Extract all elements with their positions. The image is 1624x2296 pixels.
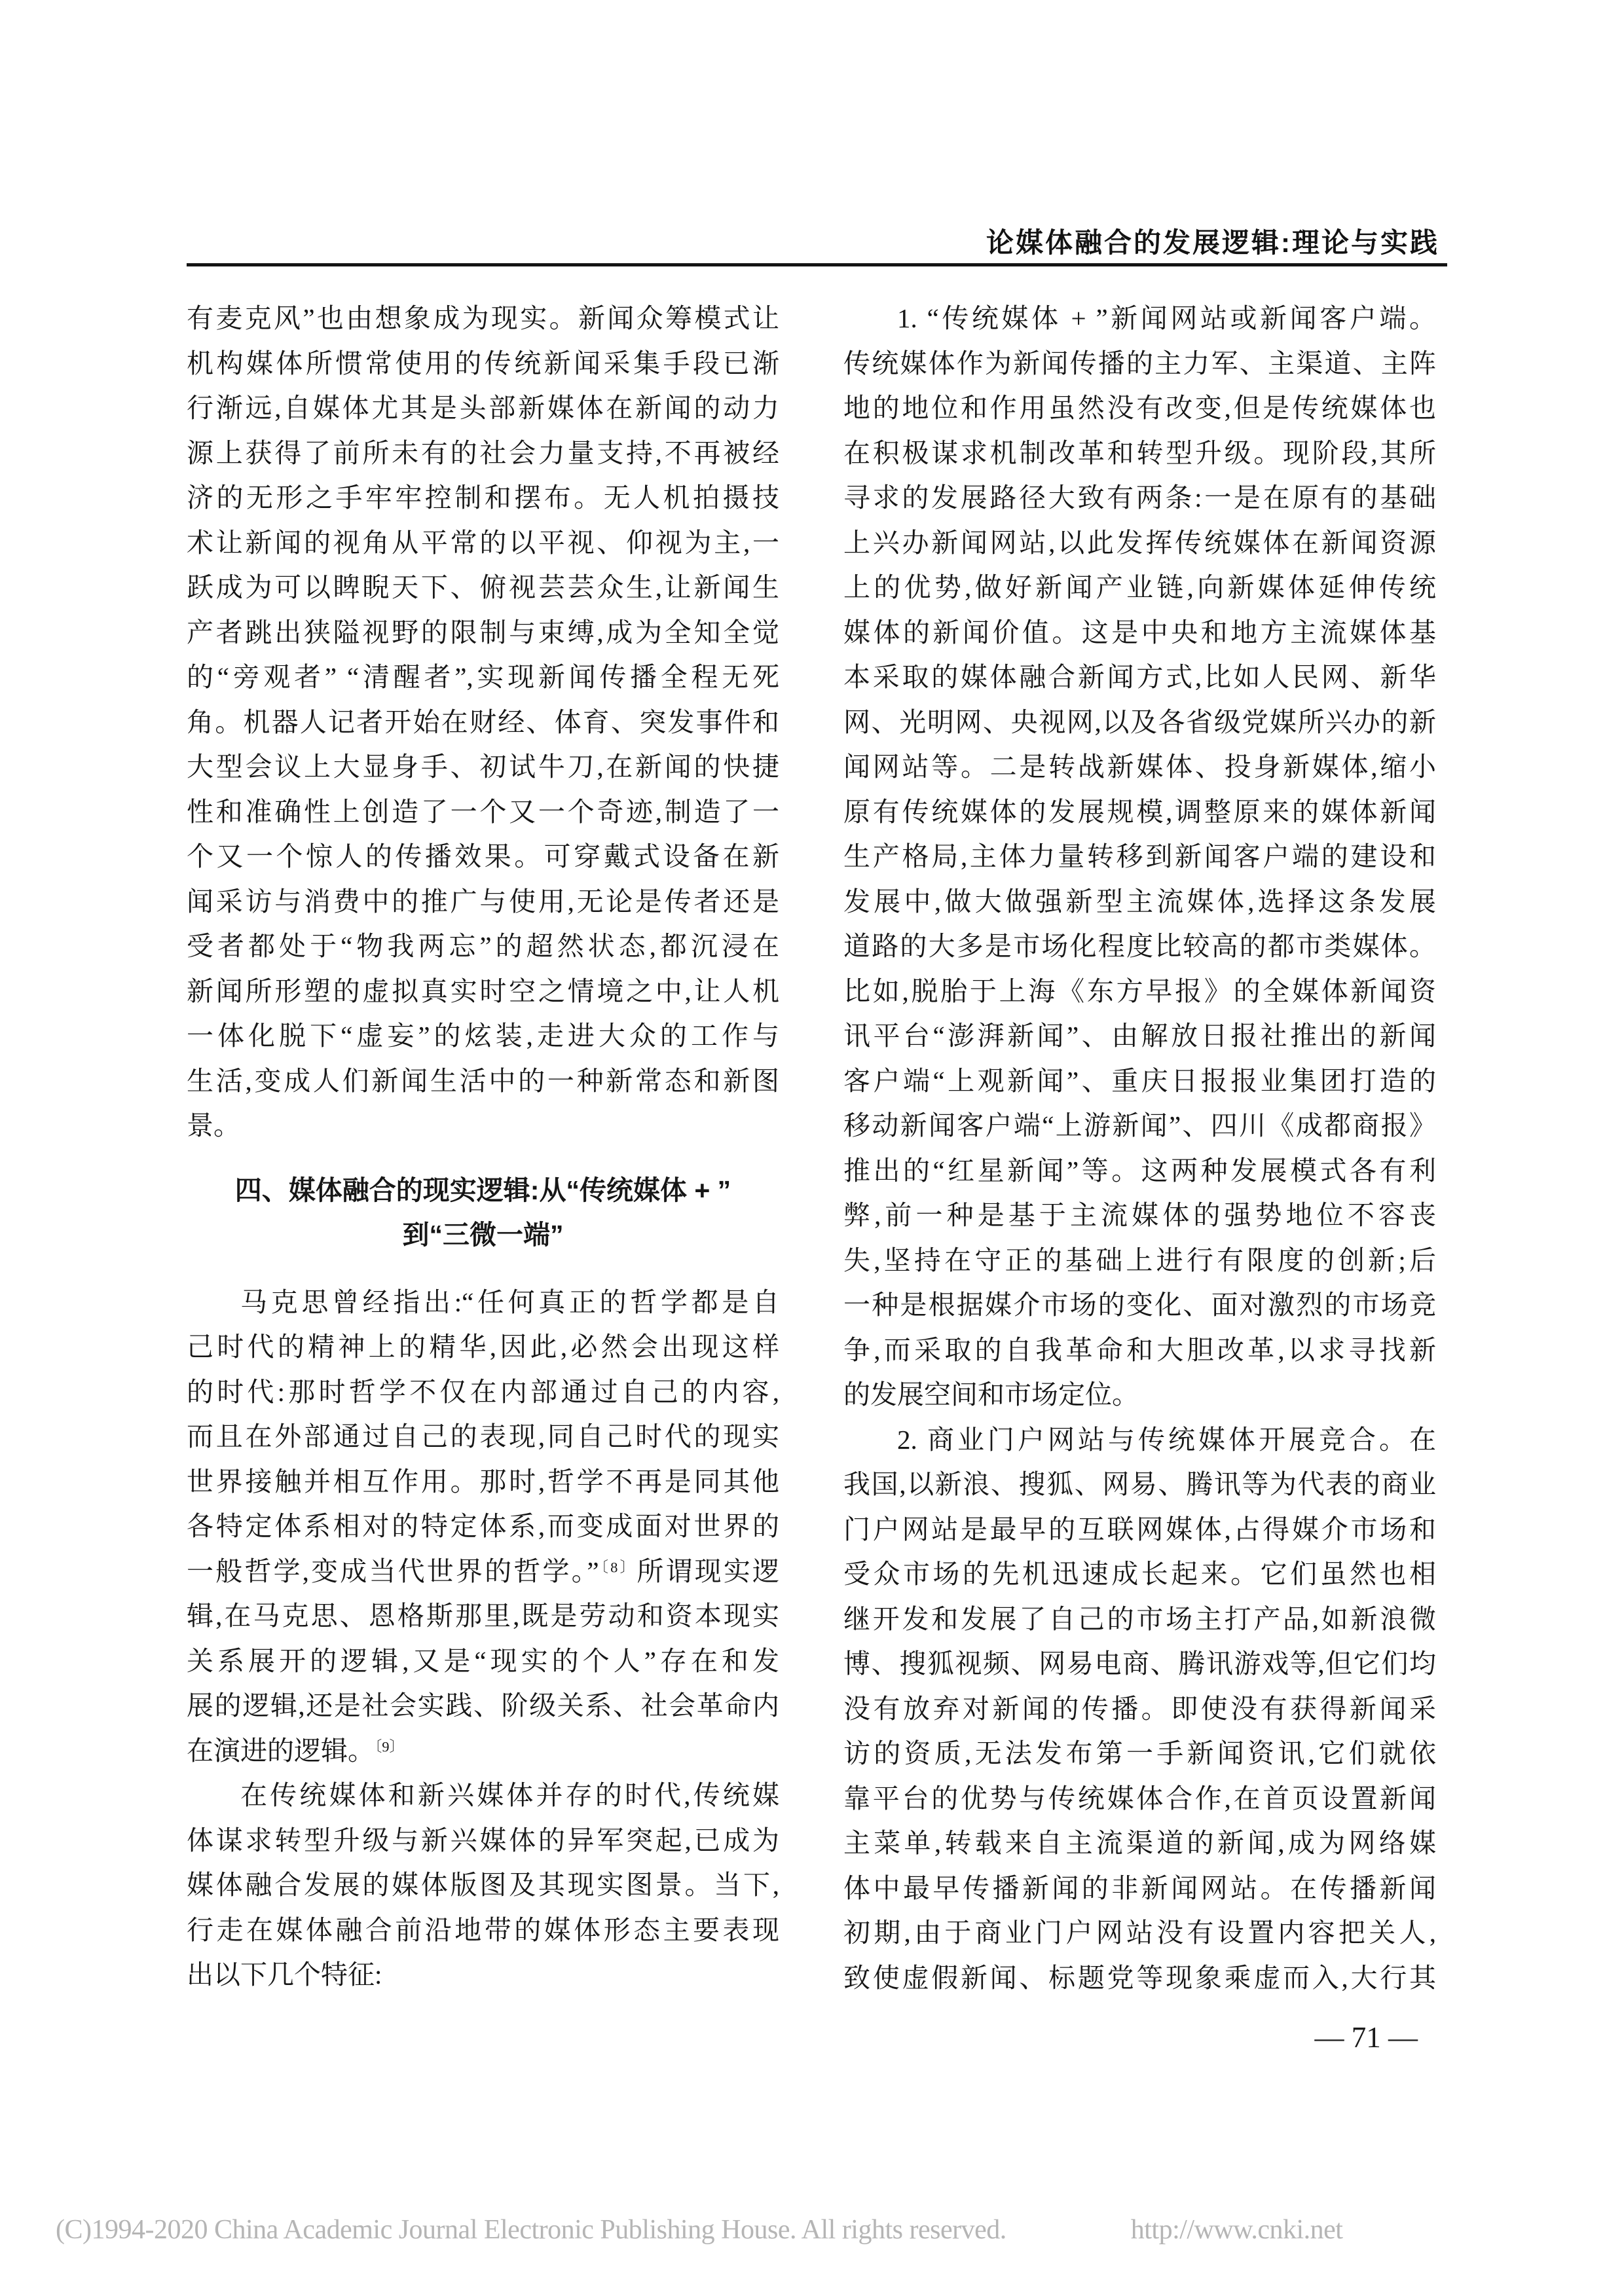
text-line: 行走在媒体融合前沿地带的媒体形态主要表现 [187,1908,779,1953]
text-line: 初期,由于商业门户网站没有设置内容把关人, [843,1910,1436,1956]
text-line: 原有传统媒体的发展规模,调整原来的媒体新闻 [843,790,1436,835]
text-line: 媒体融合发展的媒体版图及其现实图景。当下, [187,1863,779,1908]
running-head-title: 论媒体融合的发展逻辑:理论与实践 [986,221,1439,261]
text-line: 马克思曾经指出:“任何真正的哲学都是自 [187,1280,779,1325]
text-line: 主菜单,转载来自主流渠道的新闻,成为网络媒 [843,1821,1436,1866]
text-line: 辑,在马克思、恩格斯那里,既是劳动和资本现实 [187,1594,779,1639]
paragraph: 2. 商业门户网站与传统媒体开展竞合。在我国,以新浪、搜狐、网易、腾讯等为代表的… [843,1417,1436,2001]
text-line: 受者都处于“物我两忘”的超然状态,都沉浸在 [187,924,779,969]
text-line: 有麦克风”也由想象成为现实。新闻众筹模式让 [187,296,779,341]
text-line: 受众市场的先机迅速成长起来。它们虽然也相 [843,1552,1436,1597]
text-line: 媒体的新闻价值。这是中央和地方主流媒体基 [843,610,1436,655]
footer-copyright: (C)1994-2020 China Academic Journal Elec… [56,2215,1006,2245]
text-line: 2. 商业门户网站与传统媒体开展竞合。在 [843,1417,1436,1463]
paragraph: 1. “传统媒体 + ”新闻网站或新闻客户端。传统媒体作为新闻传播的主力军、主渠… [843,296,1436,1417]
text-line: 争,而采取的自我革命和大胆改革,以求寻找新 [843,1328,1436,1373]
text-line: 的时代:那时哲学不仅在内部通过自己的内容, [187,1370,779,1415]
text-line: 网、光明网、央视网,以及各省级党媒所兴办的新 [843,700,1436,745]
footnote-ref: 〔8〕 [599,1559,637,1575]
text-line: 闻采访与消费中的推广与使用,无论是传者还是 [187,879,779,924]
text-line: 上的优势,做好新闻产业链,向新媒体延伸传统 [843,565,1436,610]
text-line: 在传统媒体和新兴媒体并存的时代,传统媒 [187,1773,779,1818]
text-line: 靠平台的优势与传统媒体合作,在首页设置新闻 [843,1776,1436,1821]
text-line: 访的资质,无法发布第一手新闻资讯,它们就依 [843,1731,1436,1776]
text-line: 没有放弃对新闻的传播。即使没有获得新闻采 [843,1686,1436,1732]
text-line: 体中最早传播新闻的非新闻网站。在传播新闻 [843,1866,1436,1911]
text-column-left: 有麦克风”也由想象成为现实。新闻众筹模式让机构媒体所惯常使用的传统新闻采集手段已… [187,296,779,1997]
text-line: 性和准确性上创造了一个又一个奇迹,制造了一 [187,790,779,835]
text-line: 客户端“上观新闻”、重庆日报报业集团打造的 [843,1059,1436,1104]
text-line: 关系展开的逻辑,又是“现实的个人”存在和发 [187,1639,779,1684]
text-line: 一种是根据媒介市场的变化、面对激烈的市场竞 [843,1283,1436,1328]
text-line: 闻网站等。二是转战新媒体、投身新媒体,缩小 [843,744,1436,790]
text-line: 己时代的精神上的精华,因此,必然会出现这样 [187,1324,779,1370]
journal-page: 论媒体融合的发展逻辑:理论与实践 有麦克风”也由想象成为现实。新闻众筹模式让机构… [0,0,1624,2296]
text-line: 上兴办新闻网站,以此发挥传统媒体在新闻资源 [843,520,1436,566]
text-line: 展的逻辑,还是社会实践、阶级关系、社会革命内 [187,1683,779,1728]
text-line: 传统媒体作为新闻传播的主力军、主渠道、主阵 [843,341,1436,386]
text-line: 的发展空间和市场定位。 [843,1372,1436,1417]
text-line: 发展中,做大做强新型主流媒体,选择这条发展 [843,879,1436,924]
text-line: 景。 [187,1103,779,1148]
text-line: 世界接触并相互作用。那时,哲学不再是同其他 [187,1459,779,1504]
paragraph: 在传统媒体和新兴媒体并存的时代,传统媒体谋求转型升级与新兴媒体的异军突起,已成为… [187,1773,779,1997]
text-line: 一般哲学,变成当代世界的哲学。”〔8〕所谓现实逻 [187,1549,779,1594]
text-line: 一体化脱下“虚妄”的炫装,走进大众的工作与 [187,1013,779,1059]
text-line: 门户网站是最早的互联网媒体,占得媒介市场和 [843,1507,1436,1552]
text-line: 大型会议上大显身手、初试牛刀,在新闻的快捷 [187,744,779,790]
text-line: 继开发和发展了自己的市场主打产品,如新浪微 [843,1597,1436,1642]
page-number: — 71 — [1315,2020,1418,2054]
text-line: 在演进的逻辑。〔9〕 [187,1728,779,1774]
text-line: 个又一个惊人的传播效果。可穿戴式设备在新 [187,834,779,879]
text-line: 移动新闻客户端“上游新闻”、四川《成都商报》 [843,1103,1436,1148]
text-line: 1. “传统媒体 + ”新闻网站或新闻客户端。 [843,296,1436,341]
text-line: 体谋求转型升级与新兴媒体的异军突起,已成为 [187,1818,779,1863]
paragraph: 马克思曾经指出:“任何真正的哲学都是自己时代的精神上的精华,因此,必然会出现这样… [187,1280,779,1774]
text-line: 机构媒体所惯常使用的传统新闻采集手段已渐 [187,341,779,386]
text-line: 比如,脱胎于上海《东方早报》的全媒体新闻资 [843,969,1436,1014]
header-rule [187,263,1447,266]
text-line: 角。机器人记者开始在财经、体育、突发事件和 [187,700,779,745]
text-line: 源上获得了前所未有的社会力量支持,不再被经 [187,431,779,476]
text-line: 失,坚持在守正的基础上进行有限度的创新;后 [843,1238,1436,1283]
text-column-right: 1. “传统媒体 + ”新闻网站或新闻客户端。传统媒体作为新闻传播的主力军、主渠… [843,296,1436,2000]
text-line: 术让新闻的视角从平常的以平视、仰视为主,一 [187,520,779,566]
text-line: 讯平台“澎湃新闻”、由解放日报社推出的新闻 [843,1013,1436,1059]
paragraph: 有麦克风”也由想象成为现实。新闻众筹模式让机构媒体所惯常使用的传统新闻采集手段已… [187,296,779,1148]
footer-url: http://www.cnki.net [1131,2215,1343,2245]
text-line: 新闻所形塑的虚拟真实时空之情境之中,让人机 [187,969,779,1014]
text-line: 出以下几个特征: [187,1952,779,1997]
text-line: 地的地位和作用虽然没有改变,但是传统媒体也 [843,386,1436,431]
text-line: 在积极谋求机制改革和转型升级。现阶段,其所 [843,431,1436,476]
text-line: 生活,变成人们新闻生活中的一种新常态和新图 [187,1059,779,1104]
footer: (C)1994-2020 China Academic Journal Elec… [56,2214,1342,2246]
text-line: 到“三微一端” [187,1212,779,1258]
text-line: 弊,前一种是基于主流媒体的强势地位不容丧 [843,1193,1436,1238]
text-line: 四、媒体融合的现实逻辑:从“传统媒体 + ” [187,1168,779,1213]
footnote-ref: 〔9〕 [375,1738,404,1755]
text-line: 本采取的媒体融合新闻方式,比如人民网、新华 [843,655,1436,700]
text-line: 而且在外部通过自己的表现,同自己时代的现实 [187,1414,779,1459]
text-line: 各特定体系相对的特定体系,而变成面对世界的 [187,1504,779,1549]
text-line: 的“旁观者” “清醒者”,实现新闻传播全程无死 [187,655,779,700]
section-heading: 四、媒体融合的现实逻辑:从“传统媒体 + ”到“三微一端” [187,1168,779,1258]
text-line: 推出的“红星新闻”等。这两种发展模式各有利 [843,1148,1436,1194]
text-line: 跃成为可以睥睨天下、俯视芸芸众生,让新闻生 [187,565,779,610]
text-line: 行渐远,自媒体尤其是头部新媒体在新闻的动力 [187,386,779,431]
text-line: 济的无形之手牢牢控制和摆布。无人机拍摄技 [187,475,779,520]
text-line: 生产格局,主体力量转移到新闻客户端的建设和 [843,834,1436,879]
text-line: 我国,以新浪、搜狐、网易、腾讯等为代表的商业 [843,1462,1436,1507]
text-line: 寻求的发展路径大致有两条:一是在原有的基础 [843,475,1436,520]
text-line: 致使虚假新闻、标题党等现象乘虚而入,大行其 [843,1956,1436,2001]
text-line: 博、搜狐视频、网易电商、腾讯游戏等,但它们均 [843,1641,1436,1686]
text-line: 产者跳出狭隘视野的限制与束缚,成为全知全觉 [187,610,779,655]
text-line: 道路的大多是市场化程度比较高的都市类媒体。 [843,924,1436,969]
